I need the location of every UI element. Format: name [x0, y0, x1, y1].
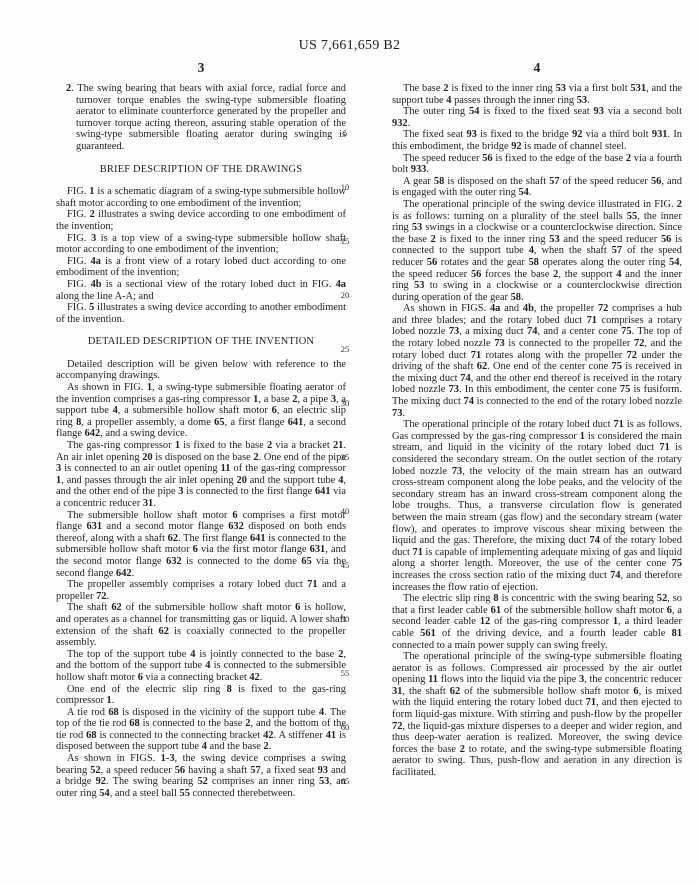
- body-paragraph: FIG. 3 is a top view of a swing-type sub…: [56, 233, 346, 256]
- column-number-left: 3: [56, 60, 346, 76]
- column-left: 3 2. The swing bearing that bears with a…: [56, 60, 346, 799]
- patent-page: US 7,661,659 B2 3 2. The swing bearing t…: [0, 0, 699, 885]
- column-number-right: 4: [392, 60, 682, 76]
- line-number: 30: [334, 398, 356, 408]
- line-number: 40: [334, 506, 356, 516]
- body-paragraph: The submersible hollow shaft motor 6 com…: [56, 510, 346, 580]
- line-number: 45: [334, 560, 356, 570]
- body-paragraph: The propeller assembly comprises a rotar…: [56, 579, 346, 602]
- section-heading: DETAILED DESCRIPTION OF THE INVENTION: [56, 336, 346, 348]
- body-paragraph: As shown in FIGS. 1-3, the swing device …: [56, 753, 346, 799]
- body-paragraph: FIG. 4b is a sectional view of the rotar…: [56, 279, 346, 302]
- body-paragraph: Detailed description will be given below…: [56, 359, 346, 382]
- body-paragraph: The gas-ring compressor 1 is fixed to th…: [56, 440, 346, 510]
- body-paragraph: The base 2 is fixed to the inner ring 53…: [392, 83, 682, 106]
- line-number: 5: [334, 128, 356, 138]
- body-paragraph: FIG. 5 illustrates a swing device accord…: [56, 302, 346, 325]
- column-right-content: The base 2 is fixed to the inner ring 53…: [392, 83, 682, 779]
- body-paragraph: As shown in FIG. 1, a swing-type submers…: [56, 382, 346, 440]
- line-number: 25: [334, 344, 356, 354]
- line-number: 55: [334, 668, 356, 678]
- body-paragraph: A tie rod 68 is disposed in the vicinity…: [56, 707, 346, 753]
- body-paragraph: The operational principle of the swing-t…: [392, 651, 682, 779]
- body-paragraph: The speed reducer 56 is fixed to the edg…: [392, 153, 682, 176]
- body-paragraph: The fixed seat 93 is fixed to the bridge…: [392, 129, 682, 152]
- column-left-content: 2. The swing bearing that bears with axi…: [56, 83, 346, 799]
- body-paragraph: FIG. 4a is a front view of a rotary lobe…: [56, 256, 346, 279]
- body-paragraph: The electric slip ring 8 is concentric w…: [392, 593, 682, 651]
- body-paragraph: FIG. 1 is a schematic diagram of a swing…: [56, 186, 346, 209]
- line-number: 15: [334, 236, 356, 246]
- body-paragraph: As shown in FIGS. 4a and 4b, the propell…: [392, 303, 682, 419]
- body-paragraph: The shaft 62 of the submersible hollow s…: [56, 602, 346, 648]
- section-heading: BRIEF DESCRIPTION OF THE DRAWINGS: [56, 164, 346, 176]
- body-paragraph: The operational principle of the swing d…: [392, 199, 682, 303]
- line-number: 60: [334, 722, 356, 732]
- claim-paragraph: 2. The swing bearing that bears with axi…: [56, 83, 346, 153]
- body-paragraph: One end of the electric slip ring 8 is f…: [56, 684, 346, 707]
- body-paragraph: FIG. 2 illustrates a swing device accord…: [56, 209, 346, 232]
- body-paragraph: The top of the support tube 4 is jointly…: [56, 649, 346, 684]
- line-number: 50: [334, 614, 356, 624]
- line-number: 10: [334, 182, 356, 192]
- body-paragraph: The operational principle of the rotary …: [392, 419, 682, 593]
- column-right: 4 The base 2 is fixed to the inner ring …: [392, 60, 682, 799]
- line-number: 65: [334, 776, 356, 786]
- patent-number-header: US 7,661,659 B2: [0, 38, 699, 54]
- body-paragraph: A gear 58 is disposed on the shaft 57 of…: [392, 176, 682, 199]
- line-number: 20: [334, 290, 356, 300]
- text-columns: 3 2. The swing bearing that bears with a…: [56, 60, 682, 799]
- line-number: 35: [334, 452, 356, 462]
- body-paragraph: The outer ring 54 is fixed to the fixed …: [392, 106, 682, 129]
